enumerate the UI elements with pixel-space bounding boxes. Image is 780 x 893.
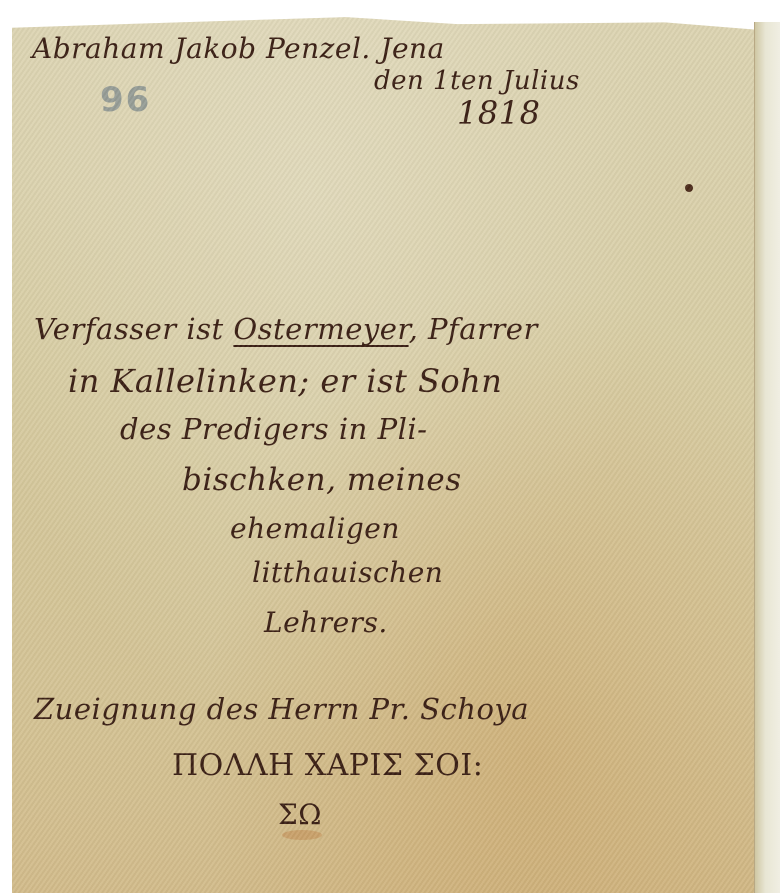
body-line-3: des Predigers in Pli-	[120, 412, 427, 446]
header-date: den 1ten Julius	[374, 66, 580, 96]
body-line-2: in Kallelinken; er ist Sohn	[68, 362, 502, 400]
body-line-5: ehemaligen	[230, 512, 400, 545]
body-line-1: Verfasser ist Ostermeyer, Pfarrer	[34, 312, 538, 346]
body-line-4: bischken, meines	[182, 462, 462, 498]
ink-spot	[685, 184, 693, 192]
body-line-1-text: Verfasser ist Ostermeyer, Pfarrer	[34, 312, 538, 346]
adjacent-page-edge	[754, 22, 780, 893]
greek-line: ΠΟΛΛΗ ΧΑΡΙΣ ΣΟΙ:	[172, 748, 483, 783]
greek-line-2: ΣΩ	[278, 798, 322, 831]
header-year: 1818	[457, 94, 540, 132]
header-name-place: Abraham Jakob Penzel. Jena	[32, 32, 445, 65]
paper-stain	[282, 830, 322, 840]
pencil-shelf-mark: 96	[100, 80, 151, 120]
body-line-7: Lehrers.	[264, 606, 388, 639]
manuscript-page: Abraham Jakob Penzel. Jena den 1ten Juli…	[12, 10, 754, 893]
body-line-6: litthauischen	[252, 556, 443, 589]
underlined-name: Ostermeyer	[233, 312, 408, 346]
dedication-line: Zueignung des Herrn Pr. Schoya	[34, 692, 529, 726]
